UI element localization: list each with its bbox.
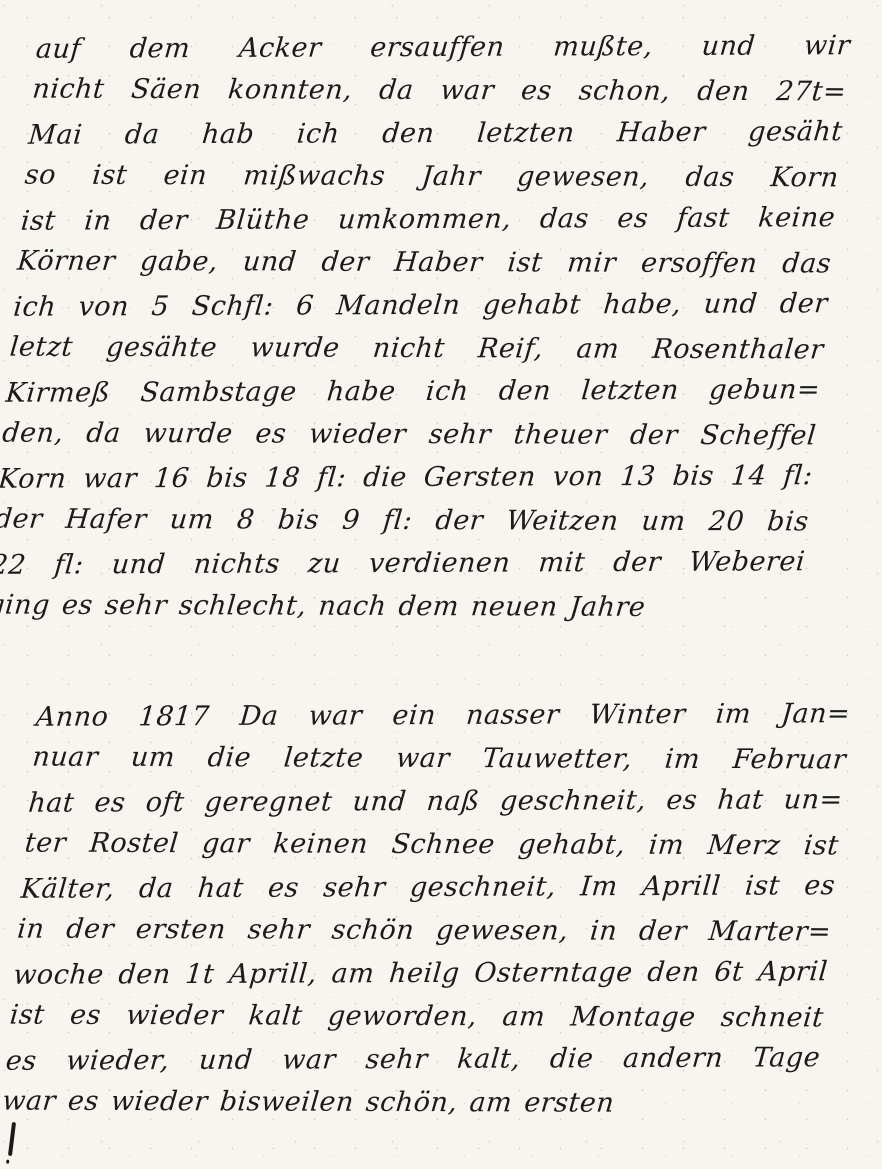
stray-ink-mark [8, 1122, 16, 1156]
manuscript-line: den, da wurde es wieder sehr theuer der … [0, 412, 818, 458]
manuscript-line: war es wieder bisweilen schön, am ersten [0, 1080, 818, 1126]
manuscript-line: Kälter, da hat es sehr geschneit, Im Apr… [19, 864, 837, 911]
manuscript-line: Korn war 16 bis 18 fl: die Gersten von 1… [0, 454, 814, 501]
manuscript-line: ich von 5 Schfl: 6 Mandeln gehabt habe, … [12, 282, 830, 329]
manuscript-line: woche den 1t Aprill, am heilg Osterntage… [12, 950, 830, 997]
manuscript-line: ging es sehr schlecht, nach dem neuen Ja… [0, 584, 803, 630]
manuscript-line: in der ersten sehr schön gewesen, in der… [15, 908, 833, 954]
manuscript-line: Kirmeß Sambstage habe ich den letzten ge… [4, 368, 822, 415]
paragraph-anno-1817: Anno 1817 Da war ein nasser Winter im Ja… [0, 694, 852, 1124]
manuscript-line: nuar um die letzte war Tauwetter, im Feb… [31, 736, 849, 782]
manuscript-line: Körner gabe, und der Haber ist mir ersof… [15, 240, 833, 286]
manuscript-line: Mai da hab ich den letzten Haber gesäht [27, 110, 845, 157]
manuscript-line: nicht Säen konnten, da war es schon, den… [31, 68, 849, 114]
manuscript-line: 22 fl: und nichts zu verdienen mit der W… [0, 540, 807, 587]
paragraph-1817-harvest: auf dem Acker ersauffen mußte, und wir n… [0, 26, 852, 628]
manuscript-line: hat es oft geregnet und naß geschneit, e… [27, 778, 845, 825]
manuscript-line: es wieder, und war sehr kalt, die andern… [4, 1036, 822, 1083]
manuscript-line-anno-1817: Anno 1817 Da war ein nasser Winter im Ja… [34, 692, 852, 739]
manuscript-line: ist es wieder kalt geworden, am Montage … [8, 994, 826, 1040]
manuscript-page: auf dem Acker ersauffen mußte, und wir n… [0, 0, 882, 1169]
manuscript-line: ter Rostel gar keinen Schnee gehabt, im … [23, 822, 841, 868]
manuscript-line: letzt gesähte wurde nicht Reif, am Rosen… [8, 326, 826, 372]
manuscript-line: ist in der Blüthe umkommen, das es fast … [19, 196, 837, 243]
manuscript-line: auf dem Acker ersauffen mußte, und wir [34, 24, 852, 71]
manuscript-line: so ist ein mißwachs Jahr gewesen, das Ko… [23, 154, 841, 200]
manuscript-line: der Hafer um 8 bis 9 fl: der Weitzen um … [0, 498, 811, 544]
